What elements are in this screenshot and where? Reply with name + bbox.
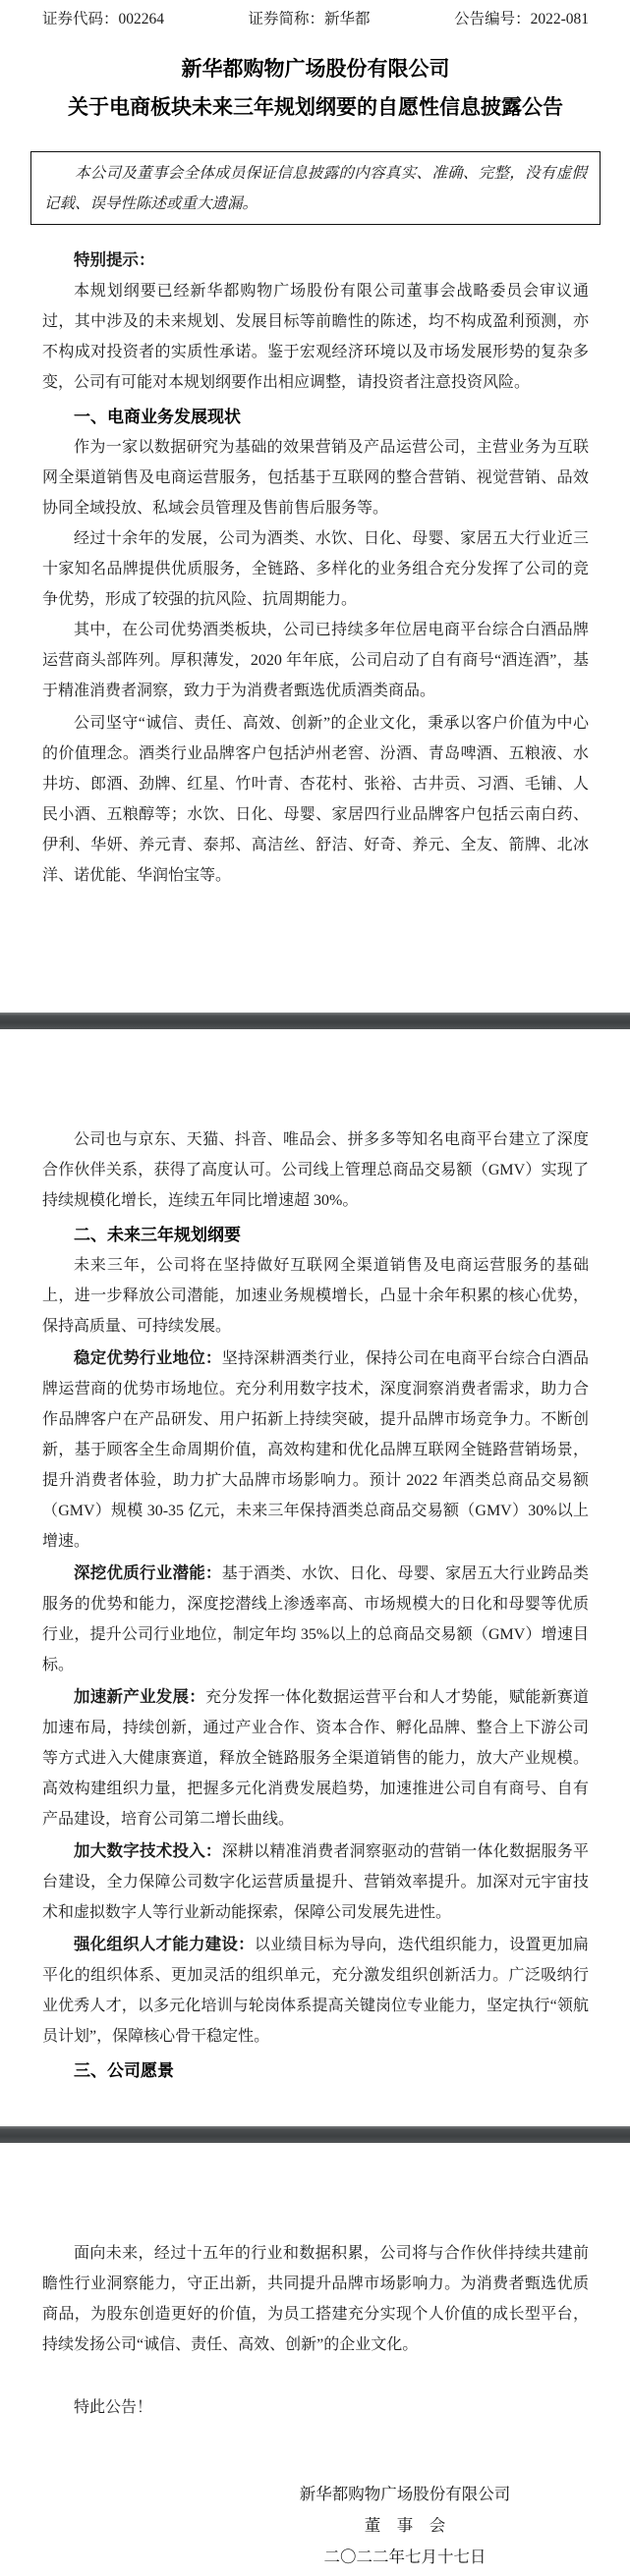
page-3: 面向未来，经过十五年的行业和数据积累，公司将与合作伙伴持续共建前瞻性行业洞察能力…	[0, 2143, 630, 2576]
signature-company: 新华都购物广场股份有限公司	[289, 2479, 521, 2510]
announcement-number: 公告编号：2022-081	[454, 10, 589, 29]
page-separator-1	[0, 1013, 630, 1029]
section2-item-deepen-label: 深挖优质行业潜能：	[74, 1564, 222, 1582]
section2-item-stabilize-label: 稳定优势行业地位：	[74, 1349, 222, 1367]
section2-item-talent-label: 强化组织人才能力建设：	[74, 1936, 255, 1953]
stock-short-name: 证券简称：新华都	[249, 10, 371, 29]
document-meta-row: 证券代码：002264 证券简称：新华都 公告编号：2022-081	[42, 0, 589, 29]
section1-para-3: 其中，在公司优势酒类板块，公司已持续多年位居电商平台综合白酒品牌运营商头部阵列。…	[42, 615, 589, 706]
page-2: 公司也与京东、天猫、抖音、唯品会、拼多多等知名电商平台建立了深度合作伙伴关系，获…	[0, 1029, 630, 2126]
section2-item-accelerate-text: 充分发挥一体化数据运营平台和人才势能，赋能新赛道加速布局，持续创新，通过产业合作…	[42, 1689, 589, 1828]
declaration-box: 本公司及董事会全体成员保证信息披露的内容真实、准确、完整，没有虚假记载、误导性陈…	[30, 151, 601, 225]
section2-intro: 未来三年，公司将在坚持做好互联网全渠道销售及电商运营服务的基础上，进一步释放公司…	[42, 1250, 589, 1342]
section1-para-4: 公司坚守“诚信、责任、高效、创新”的企业文化，秉承以客户价值为中心的价值理念。酒…	[42, 708, 589, 891]
section2-item-talent: 强化组织人才能力建设：以业绩目标为导向，迭代组织能力，设置更加扁平化的组织体系、…	[42, 1930, 589, 2052]
signature-block: 新华都购物广场股份有限公司 董 事 会 二〇二二年七月十七日	[289, 2479, 521, 2573]
section1-para-5: 公司也与京东、天猫、抖音、唯品会、拼多多等知名电商平台建立了深度合作伙伴关系，获…	[42, 1124, 589, 1216]
section2-heading: 二、未来三年规划纲要	[42, 1220, 589, 1250]
section2-item-digital: 加大数字技术投入：深耕以精准消费者洞察驱动的营销一体化数据服务平台建设，全力保障…	[42, 1836, 589, 1928]
special-notice-heading: 特别提示：	[42, 246, 589, 276]
section3-body: 面向未来，经过十五年的行业和数据积累，公司将与合作伙伴持续共建前瞻性行业洞察能力…	[42, 2238, 589, 2360]
special-notice-body: 本规划纲要已经新华都购物广场股份有限公司董事会战略委员会审议通过，其中涉及的未来…	[42, 276, 589, 398]
section1-para-1: 作为一家以数据研究为基础的效果营销及产品运营公司，主营业务为互联网全渠道销售及电…	[42, 432, 589, 523]
section2-item-digital-label: 加大数字技术投入：	[74, 1842, 222, 1860]
signature-date: 二〇二二年七月十七日	[289, 2542, 521, 2573]
declaration-text: 本公司及董事会全体成员保证信息披露的内容真实、准确、完整，没有虚假记载、误导性陈…	[44, 158, 587, 219]
section2-item-accelerate: 加速新产业发展：充分发挥一体化数据运营平台和人才势能，赋能新赛道加速布局，持续创…	[42, 1682, 589, 1835]
page-1: 证券代码：002264 证券简称：新华都 公告编号：2022-081 新华都购物…	[0, 0, 630, 1013]
section1-para-2: 经过十余年的发展，公司为酒类、水饮、日化、母婴、家居五大行业近三十家知名品牌提供…	[42, 523, 589, 615]
section2-item-stabilize: 稳定优势行业地位：坚持深耕酒类行业，保持公司在电商平台综合白酒品牌运营商的优势市…	[42, 1343, 589, 1557]
company-name-title: 新华都购物广场股份有限公司	[42, 56, 589, 83]
announcement-document: 证券代码：002264 证券简称：新华都 公告编号：2022-081 新华都购物…	[0, 0, 630, 2576]
section2-item-deepen: 深挖优质行业潜能：基于酒类、水饮、日化、母婴、家居五大行业跨品类服务的优势和能力…	[42, 1559, 589, 1680]
section2-item-accelerate-label: 加速新产业发展：	[74, 1688, 205, 1706]
announcement-title: 关于电商板块未来三年规划纲要的自愿性信息披露公告	[42, 94, 589, 122]
page-separator-2	[0, 2126, 630, 2143]
section3-heading: 三、公司愿景	[42, 2055, 589, 2086]
signature-board: 董 事 会	[289, 2510, 521, 2542]
closing-statement: 特此公告！	[42, 2392, 589, 2423]
section2-item-stabilize-text: 坚持深耕酒类行业，保持公司在电商平台综合白酒品牌运营商的优势市场地位。充分利用数…	[42, 1350, 589, 1550]
stock-code: 证券代码：002264	[42, 10, 164, 29]
section1-heading: 一、电商业务发展现状	[42, 402, 589, 432]
